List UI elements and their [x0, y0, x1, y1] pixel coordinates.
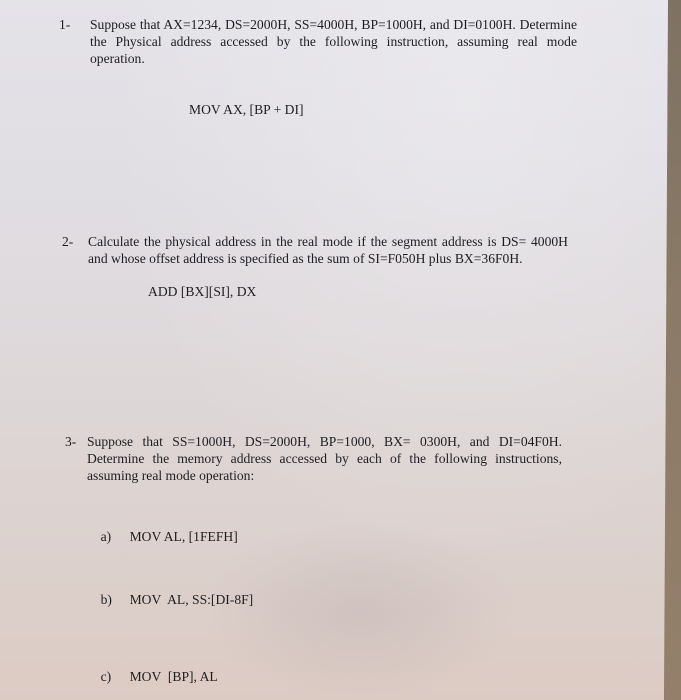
- question-number: 2-: [62, 233, 73, 250]
- sub-item-a: a)MOV AL, [1FEFH]: [87, 511, 238, 562]
- question-text: Suppose that AX=1234, DS=2000H, SS=4000H…: [90, 16, 577, 67]
- sub-item-c: c)MOV [BP], AL: [87, 651, 218, 700]
- sub-item-instruction: MOV AL, [1FEFH]: [130, 529, 238, 544]
- desk-surface: [665, 0, 681, 700]
- question-number: 3-: [65, 433, 76, 450]
- question-2: 2- Calculate the physical address in the…: [62, 233, 568, 267]
- question-3: 3- Suppose that SS=1000H, DS=2000H, BP=1…: [65, 433, 562, 484]
- question-text: Suppose that SS=1000H, DS=2000H, BP=1000…: [87, 433, 562, 484]
- sub-item-instruction: MOV AL, SS:[DI-8F]: [130, 592, 254, 607]
- question-text: Calculate the physical address in the re…: [88, 233, 568, 267]
- sub-item-label: b): [101, 591, 130, 608]
- sub-item-label: a): [101, 528, 130, 545]
- sub-item-instruction: MOV [BP], AL: [130, 669, 218, 684]
- question-1-instruction: MOV AX, [BP + DI]: [189, 101, 304, 118]
- question-number: 1-: [59, 16, 70, 33]
- worksheet-page: 1- Suppose that AX=1234, DS=2000H, SS=40…: [0, 0, 668, 700]
- sub-item-b: b)MOV AL, SS:[DI-8F]: [87, 574, 253, 625]
- sub-item-label: c): [101, 668, 130, 685]
- question-2-instruction: ADD [BX][SI], DX: [148, 283, 256, 300]
- question-1: 1- Suppose that AX=1234, DS=2000H, SS=40…: [59, 16, 577, 67]
